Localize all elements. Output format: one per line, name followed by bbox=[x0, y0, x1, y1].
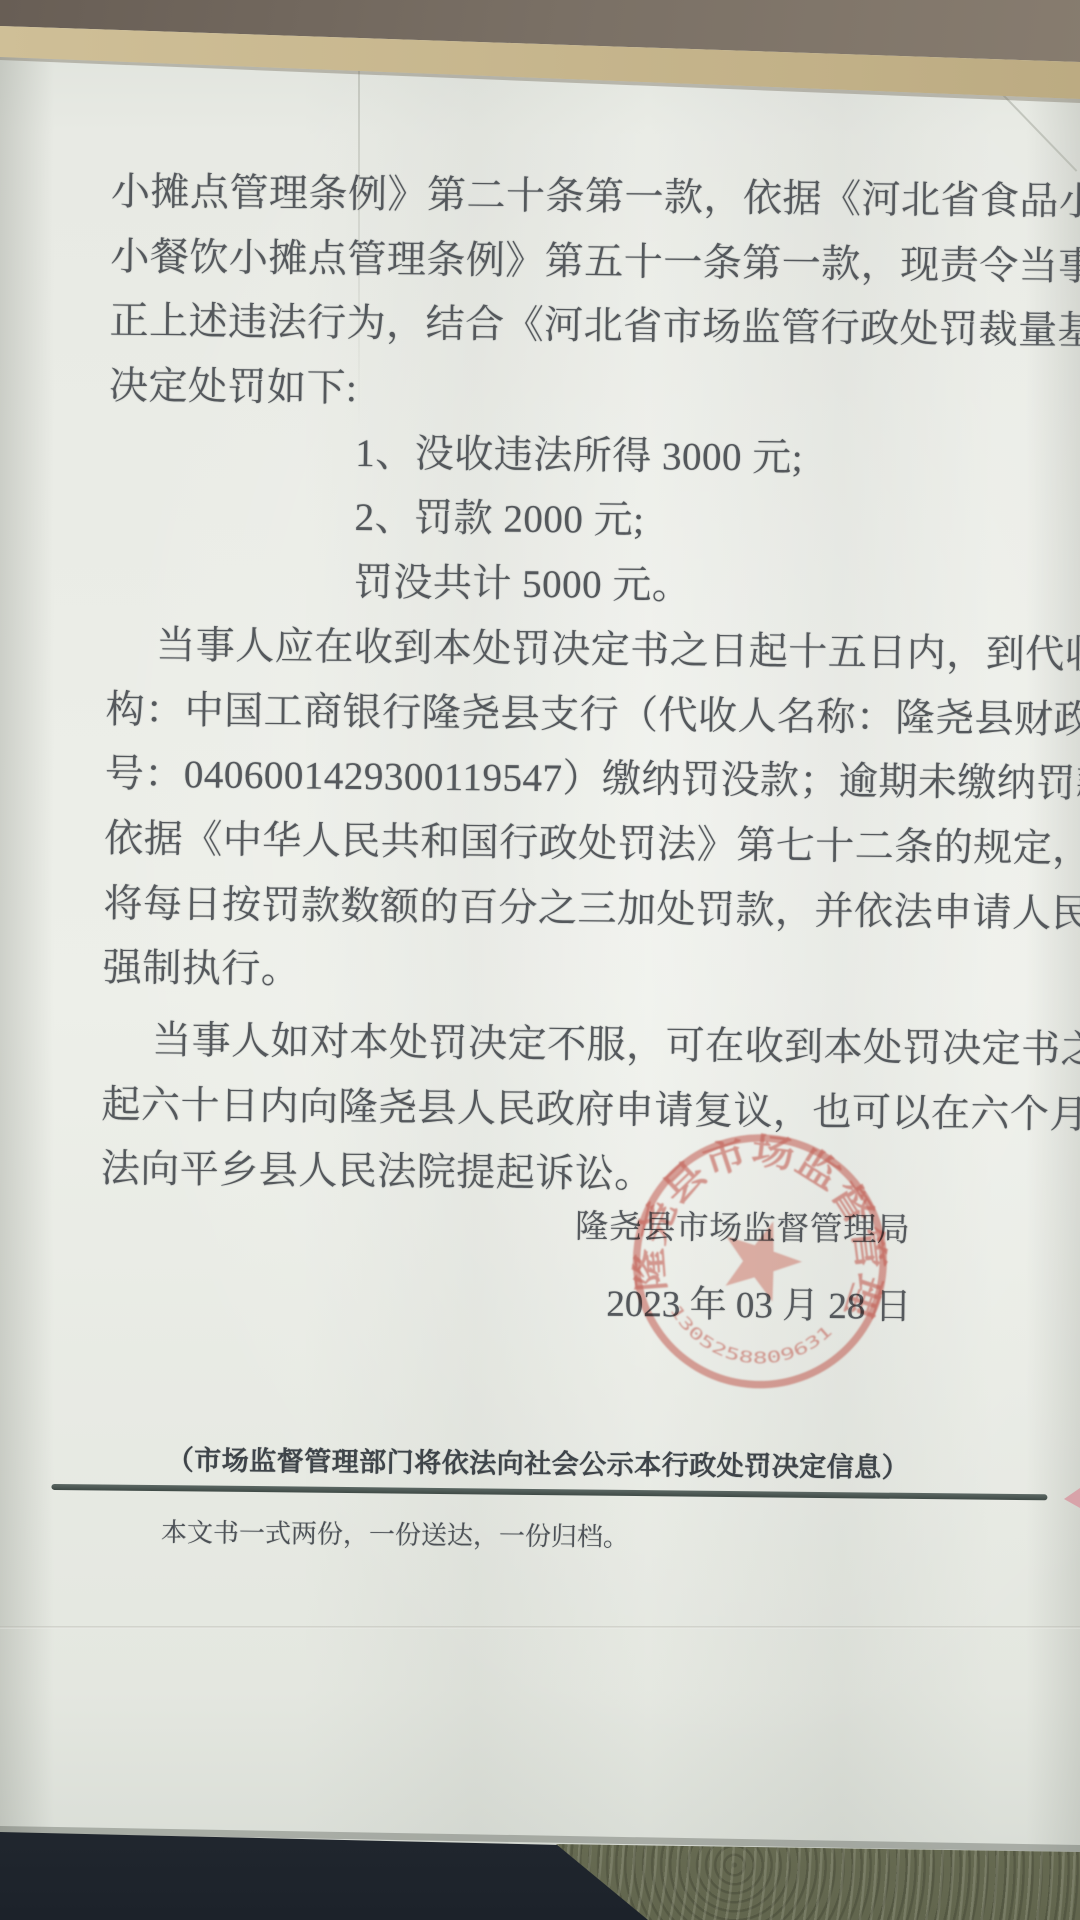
svg-text:隆尧县市场监督管理局: 隆尧县市场监督管理局 bbox=[604, 1105, 916, 1330]
body-line: 决定处罚如下: bbox=[109, 355, 1080, 430]
body-line: 构：中国工商银行隆尧县支行（代收人名称：隆尧县财政局账 bbox=[105, 678, 1080, 753]
body-line: 号：0406001429300119547）缴纳罚没款；逾期未缴纳罚款的， bbox=[105, 743, 1080, 818]
body-line: 依据《中华人民共和国行政处罚法》第七十二条的规定，本局 bbox=[104, 807, 1080, 882]
body-line: 正上述违法行为，结合《河北省市场监管行政处罚裁量基准》 bbox=[109, 290, 1080, 365]
svg-text:1305258809631: 1305258809631 bbox=[660, 1298, 838, 1379]
divider-rule bbox=[51, 1484, 1047, 1500]
body-line: 将每日按罚款数额的百分之三加处罚款，并依法申请人民法院 bbox=[103, 872, 1080, 947]
seal-star-icon bbox=[711, 1209, 811, 1307]
penalty-item-line: 2、罚款 2000 元; bbox=[107, 484, 1080, 559]
public-disclosure-note: （市场监督管理部门将依法向社会公示本行政处罚决定信息） bbox=[167, 1438, 910, 1485]
penalty-item-line: 1、没收违法所得 3000 元; bbox=[108, 419, 1080, 494]
document-body: 小摊点管理条例》第二十条第一款，依据《河北省食品小作坊 小餐饮小摊点管理条例》第… bbox=[100, 160, 1080, 1212]
body-line: 起六十日内向隆尧县人民政府申请复议，也可以在六个月内依 bbox=[101, 1073, 1080, 1148]
penalty-total-line: 罚没共计 5000 元。 bbox=[107, 549, 1080, 624]
official-seal: 隆尧县市场监督管理局 1305258809631 bbox=[604, 1105, 916, 1417]
body-line: 小餐饮小摊点管理条例》第五十一条第一款，现责令当事人改 bbox=[110, 225, 1080, 300]
body-line: 当事人应在收到本处罚决定书之日起十五日内，到代收机 bbox=[106, 613, 1080, 688]
seal-code: 1305258809631 bbox=[660, 1298, 838, 1379]
seal-ring-text: 隆尧县市场监督管理局 bbox=[604, 1105, 916, 1330]
body-line: 当事人如对本处罚决定不服，可在收到本处罚决定书之日 bbox=[102, 1008, 1080, 1083]
body-line: 强制执行。 bbox=[103, 937, 1080, 1012]
paper-content: 小摊点管理条例》第二十条第一款，依据《河北省食品小作坊 小餐饮小摊点管理条例》第… bbox=[0, 0, 1080, 1920]
photographed-penalty-decision-document: 小摊点管理条例》第二十条第一款，依据《河北省食品小作坊 小餐饮小摊点管理条例》第… bbox=[0, 0, 1080, 1920]
copies-note: 本文书一式两份，一份送达，一份归档。 bbox=[161, 1512, 629, 1554]
body-line: 小摊点管理条例》第二十条第一款，依据《河北省食品小作坊 bbox=[111, 160, 1080, 235]
